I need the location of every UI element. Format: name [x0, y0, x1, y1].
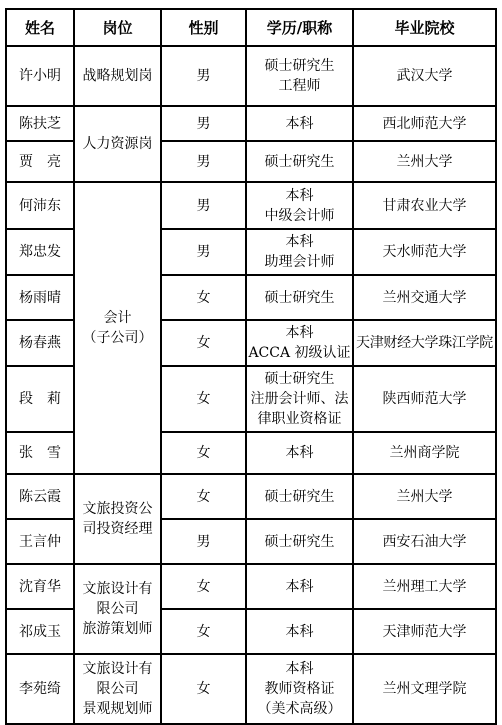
cell-qualification: 本科	[246, 564, 353, 609]
table-row: 何沛东 会计 （子公司） 男 本科 中级会计师 甘肃农业大学	[6, 182, 496, 229]
cell-name: 李苑绮	[6, 654, 74, 724]
cell-name: 王言仲	[6, 519, 74, 564]
cell-school: 西安石油大学	[353, 519, 496, 564]
cell-gender: 男	[161, 106, 246, 141]
cell-gender: 男	[161, 229, 246, 275]
cell-qualification: 硕士研究生	[246, 519, 353, 564]
cell-school: 天津师范大学	[353, 609, 496, 654]
header-gender: 性别	[161, 9, 246, 46]
cell-name: 贾 亮	[6, 141, 74, 182]
cell-gender: 女	[161, 366, 246, 432]
cell-school: 兰州交通大学	[353, 275, 496, 320]
cell-name: 张 雪	[6, 432, 74, 474]
cell-position: 战略规划岗	[74, 46, 161, 106]
table-row: 沈育华 文旅设计有 限公司 旅游策划师 女 本科 兰州理工大学	[6, 564, 496, 609]
cell-gender: 女	[161, 432, 246, 474]
cell-position: 文旅投资公 司投资经理	[74, 474, 161, 564]
cell-school: 兰州文理学院	[353, 654, 496, 724]
cell-name: 许小明	[6, 46, 74, 106]
cell-school: 西北师范大学	[353, 106, 496, 141]
cell-qualification: 本科	[246, 432, 353, 474]
cell-name: 何沛东	[6, 182, 74, 229]
cell-name: 郑忠发	[6, 229, 74, 275]
cell-school: 兰州商学院	[353, 432, 496, 474]
cell-qualification: 硕士研究生	[246, 474, 353, 519]
cell-gender: 女	[161, 320, 246, 366]
header-position: 岗位	[74, 9, 161, 46]
cell-name: 杨雨晴	[6, 275, 74, 320]
cell-gender: 女	[161, 275, 246, 320]
table-row: 许小明 战略规划岗 男 硕士研究生 工程师 武汉大学	[6, 46, 496, 106]
cell-gender: 男	[161, 46, 246, 106]
cell-qualification: 本科 中级会计师	[246, 182, 353, 229]
cell-gender: 男	[161, 182, 246, 229]
cell-position: 文旅设计有 限公司 旅游策划师	[74, 564, 161, 654]
cell-qualification: 本科 ACCA 初级认证	[246, 320, 353, 366]
cell-school: 武汉大学	[353, 46, 496, 106]
cell-name: 沈育华	[6, 564, 74, 609]
cell-school: 兰州大学	[353, 474, 496, 519]
cell-position: 会计 （子公司）	[74, 182, 161, 474]
cell-gender: 女	[161, 474, 246, 519]
table-row: 李苑绮 文旅设计有 限公司 景观规划师 女 本科 教师资格证 （美术高级） 兰州…	[6, 654, 496, 724]
cell-qualification: 硕士研究生 注册会计师、法 律职业资格证	[246, 366, 353, 432]
cell-gender: 女	[161, 654, 246, 724]
cell-qualification: 硕士研究生 工程师	[246, 46, 353, 106]
cell-gender: 男	[161, 519, 246, 564]
table-row: 陈云霞 文旅投资公 司投资经理 女 硕士研究生 兰州大学	[6, 474, 496, 519]
cell-school: 天津财经大学珠江学院	[353, 320, 496, 366]
header-row: 姓名 岗位 性别 学历/职称 毕业院校	[6, 9, 496, 46]
cell-school: 天水师范大学	[353, 229, 496, 275]
cell-qualification: 硕士研究生	[246, 275, 353, 320]
personnel-table: 姓名 岗位 性别 学历/职称 毕业院校 许小明 战略规划岗 男 硕士研究生 工程…	[5, 8, 497, 725]
cell-school: 甘肃农业大学	[353, 182, 496, 229]
cell-gender: 男	[161, 141, 246, 182]
cell-qualification: 硕士研究生	[246, 141, 353, 182]
cell-name: 祁成玉	[6, 609, 74, 654]
cell-qualification: 本科 助理会计师	[246, 229, 353, 275]
table-row: 陈扶芝 人力资源岗 男 本科 西北师范大学	[6, 106, 496, 141]
cell-name: 陈云霞	[6, 474, 74, 519]
cell-name: 杨春燕	[6, 320, 74, 366]
cell-qualification: 本科	[246, 609, 353, 654]
cell-school: 兰州理工大学	[353, 564, 496, 609]
cell-school: 陕西师范大学	[353, 366, 496, 432]
cell-qualification: 本科 教师资格证 （美术高级）	[246, 654, 353, 724]
cell-qualification: 本科	[246, 106, 353, 141]
header-qualification: 学历/职称	[246, 9, 353, 46]
cell-school: 兰州大学	[353, 141, 496, 182]
page: 姓名 岗位 性别 学历/职称 毕业院校 许小明 战略规划岗 男 硕士研究生 工程…	[0, 0, 502, 716]
cell-name: 段 莉	[6, 366, 74, 432]
cell-gender: 女	[161, 564, 246, 609]
header-school: 毕业院校	[353, 9, 496, 46]
header-name: 姓名	[6, 9, 74, 46]
cell-position: 文旅设计有 限公司 景观规划师	[74, 654, 161, 724]
cell-gender: 女	[161, 609, 246, 654]
cell-position: 人力资源岗	[74, 106, 161, 182]
cell-name: 陈扶芝	[6, 106, 74, 141]
